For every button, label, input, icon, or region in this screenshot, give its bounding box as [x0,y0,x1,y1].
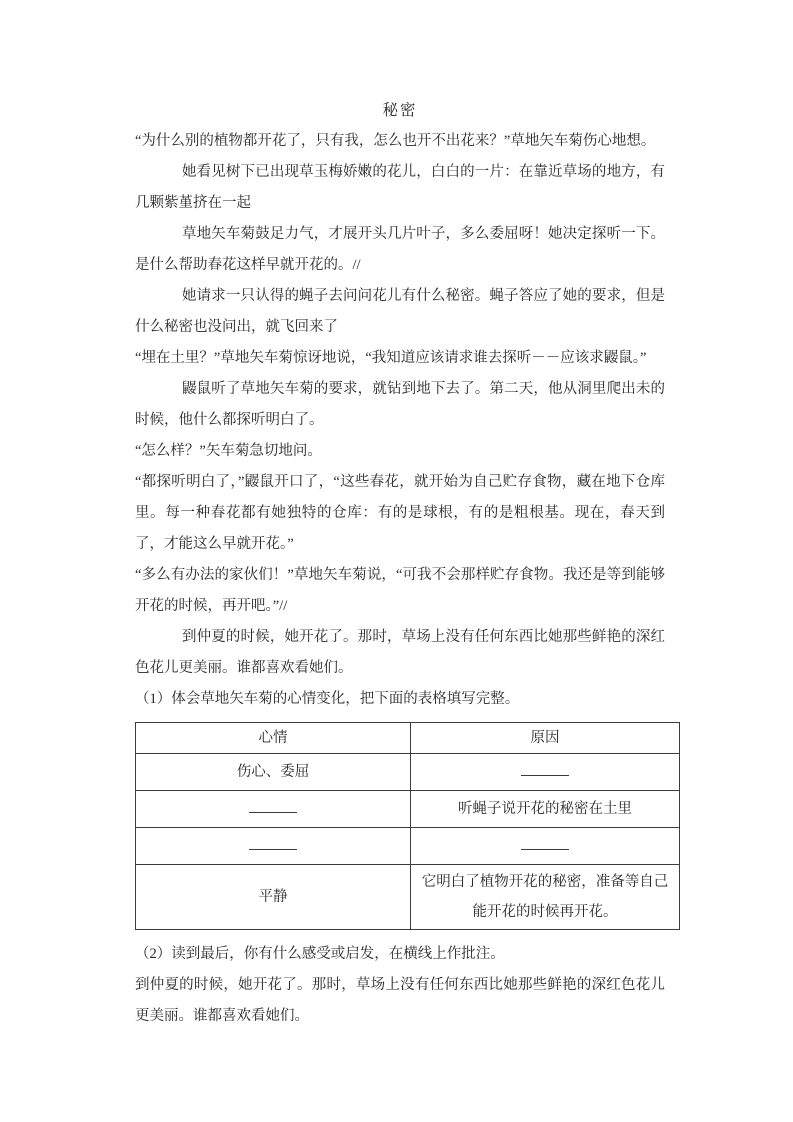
passage-paragraph: “为什么别的植物都开花了，只有我，怎么也开不出花来？”草地矢车菊伤心地想。 [135,126,665,157]
blank-underline [249,799,297,813]
passage-paragraph: “都探听明白了，”鼹鼠开口了，“这些春花，就开始为自己贮存食物，藏在地下仓库里。… [135,467,665,560]
question-1: （1）体会草地矢车菊的心情变化，把下面的表格填写完整。 [135,684,665,715]
table-row: 平静它明白了植物开花的秘密，准备等自己能开花的时候再开花。 [136,865,680,930]
table-header-cell: 心情 [136,723,411,754]
table-row [136,828,680,865]
table-cell: 听蝇子说开花的秘密在土里 [411,791,680,828]
table-header-row: 心情原因 [136,723,680,754]
table-cell-blank [136,828,411,865]
table-row: 听蝇子说开花的秘密在土里 [136,791,680,828]
passage-paragraph: 她请求一只认得的蝇子去问问花儿有什么秘密。蝇子答应了她的要求，但是什么秘密也没问… [135,281,665,343]
page-title: 秘密 [135,95,665,126]
table-cell-blank [136,791,411,828]
closing-paragraph: 到仲夏的时候，她开花了。那时，草场上没有任何东西比她那些鲜艳的深红色花儿更美丽。… [135,970,665,1032]
passage-paragraph: “多么有办法的家伙们！”草地矢车菊说，“可我不会那样贮存食物。我还是等到能够开花… [135,560,665,622]
passage-paragraph: 草地矢车菊鼓足力气，才展开头几片叶子，多么委屈呀！她决定探听一下。是什么帮助春花… [135,219,665,281]
question-2: （2）读到最后，你有什么感受或启发，在横线上作批注。 [135,939,665,970]
table-cell-blank [411,754,680,791]
table-cell-blank [411,828,680,865]
passage-paragraph: 鼹鼠听了草地矢车菊的要求，就钻到地下去了。第二天，他从洞里爬出未的时候，他什么都… [135,374,665,436]
passage-paragraph: 到仲夏的时候，她开花了。那时，草场上没有任何东西比她那些鲜艳的深红色花儿更美丽。… [135,622,665,684]
document-page: 秘密 “为什么别的植物都开花了，只有我，怎么也开不出花来？”草地矢车菊伤心地想。… [0,0,793,1122]
blank-underline [521,762,569,776]
table-cell: 它明白了植物开花的秘密，准备等自己能开花的时候再开花。 [411,865,680,930]
table-header-cell: 原因 [411,723,680,754]
table-cell: 伤心、委屈 [136,754,411,791]
passage-paragraph: “怎么样？”矢车菊急切地问。 [135,436,665,467]
blank-underline [521,836,569,850]
passage-paragraph: “埋在土里？”草地矢车菊惊讶地说，“我知道应该请求谁去探听－－应该求鼹鼠。” [135,343,665,374]
table-cell: 平静 [136,865,411,930]
mood-table: 心情原因伤心、委屈听蝇子说开花的秘密在土里平静它明白了植物开花的秘密，准备等自己… [135,722,680,930]
passage: “为什么别的植物都开花了，只有我，怎么也开不出花来？”草地矢车菊伤心地想。她看见… [135,126,665,684]
table-row: 伤心、委屈 [136,754,680,791]
passage-paragraph: 她看见树下已出现草玉梅娇嫩的花儿，白白的一片：在靠近草场的地方，有几颗紫堇挤在一… [135,157,665,219]
blank-underline [249,836,297,850]
